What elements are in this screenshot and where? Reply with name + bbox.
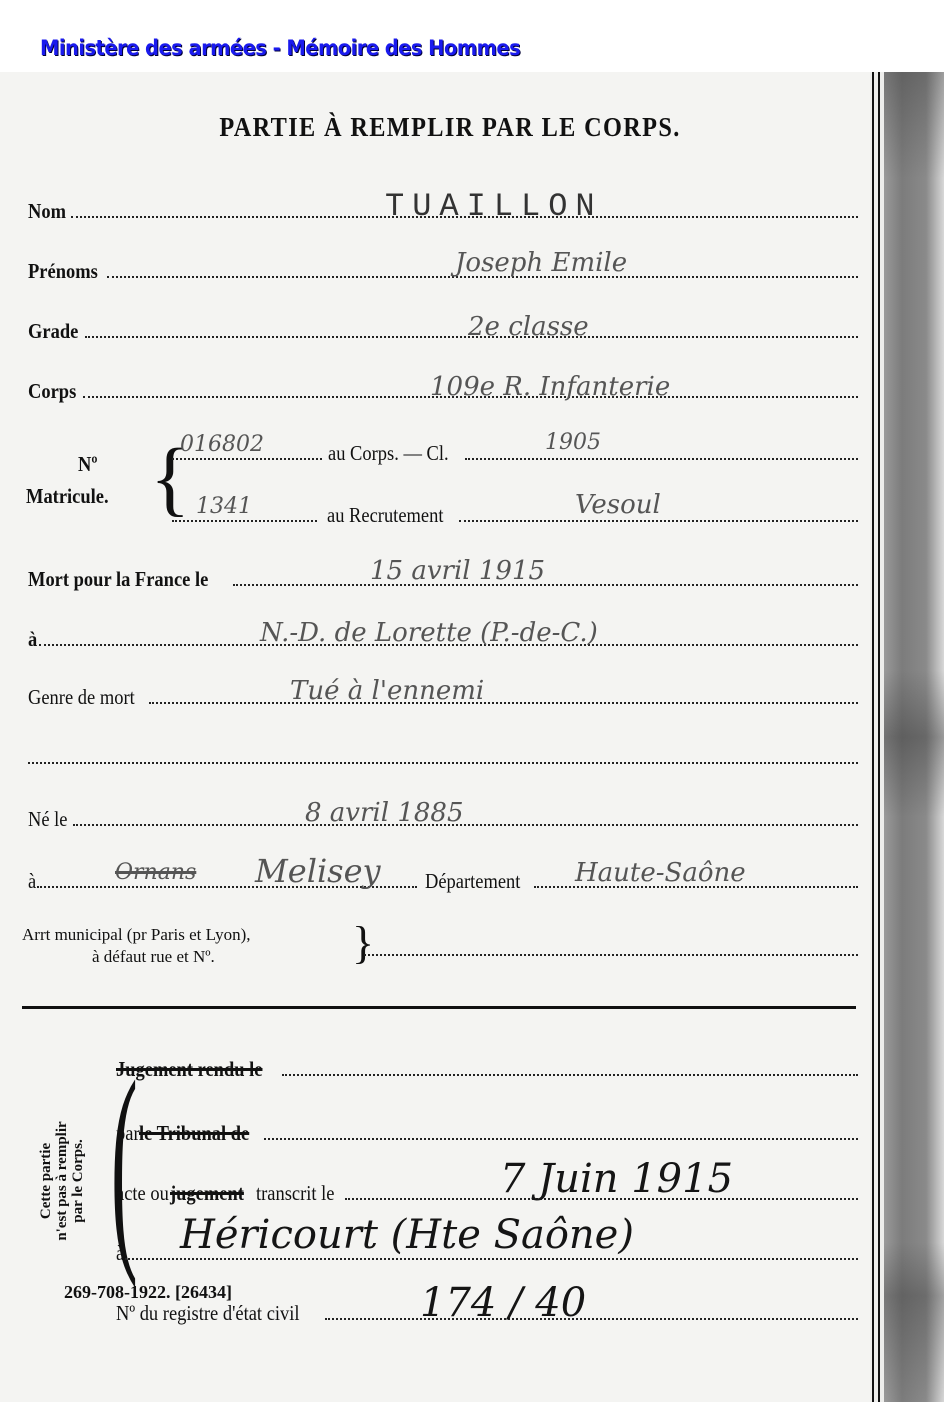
value-prenoms: Joseph Emile <box>455 248 627 278</box>
label-genre-mort: Genre de mort <box>28 685 135 710</box>
field-arrondissement <box>364 932 858 962</box>
value-corps: 109e R. Infanterie <box>430 372 670 402</box>
label-tribunal: par <box>116 1121 140 1146</box>
value-recrutement-no: 1341 <box>196 494 252 519</box>
value-matricule-corps: 016802 <box>180 432 264 457</box>
label-nom: Nom <box>28 199 66 224</box>
value-mort: 15 avril 1915 <box>370 556 545 586</box>
label-recrutement: au Recrutement <box>327 503 443 528</box>
label-lieu-mort: à <box>28 627 37 652</box>
form-heading: PARTIE À REMPLIR PAR LE CORPS. <box>45 112 855 143</box>
label-jugement: Jugement rendu le <box>116 1057 262 1082</box>
value-departement: Haute-Saône <box>575 858 746 888</box>
value-lieu-mort: N.-D. de Lorette (P.-de-C.) <box>260 618 598 648</box>
border-rule <box>878 72 880 1402</box>
field-jugement: Jugement rendu le <box>116 1052 858 1082</box>
value-lieu-transcription: Héricourt (Hte Saône) <box>180 1212 634 1258</box>
label-au-corps: au Corps. — Cl. <box>328 441 449 466</box>
value-lieu-naissance-struck: Ornans <box>115 860 196 885</box>
form-reference: 269-708-1922. [26434] <box>64 1282 232 1303</box>
value-registre: 174 / 40 <box>420 1280 586 1326</box>
binding-edge <box>884 72 944 1402</box>
section-divider <box>22 1006 856 1009</box>
blank-line <box>28 740 858 770</box>
label-grade: Grade <box>28 319 78 344</box>
site-title: Ministère des armées - Mémoire des Homme… <box>40 36 520 60</box>
scanned-record: PARTIE À REMPLIR PAR LE CORPS. Nom TUAIL… <box>0 72 944 1402</box>
field-matricule-corps: au Corps. — Cl. <box>172 436 858 466</box>
label-tribunal-struck: le Tribunal de <box>139 1121 249 1146</box>
field-transcrit: acte ou jugement transcrit le <box>116 1176 858 1206</box>
field-grade: Grade <box>28 314 858 344</box>
value-nom: TUAILLON <box>385 188 603 225</box>
value-ne-le: 8 avril 1885 <box>305 798 464 828</box>
label-departement: Département <box>425 869 520 894</box>
side-note: Cette partie n'est pas à remplir par le … <box>22 1077 102 1317</box>
value-recrutement: Vesoul <box>575 490 661 520</box>
value-grade: 2e classe <box>468 312 589 342</box>
value-transcrit: 7 Juin 1915 <box>500 1156 733 1202</box>
label-corps: Corps <box>28 379 76 404</box>
value-classe: 1905 <box>545 430 601 455</box>
label-matricule-no: Nº <box>78 452 97 477</box>
value-lieu-naissance: Melisey <box>255 852 381 890</box>
label-ne-le: Né le <box>28 807 68 832</box>
label-lieu: à <box>116 1241 124 1266</box>
label-registre: Nº du registre d'état civil <box>116 1301 300 1326</box>
field-matricule-recrutement: au Recrutement <box>172 498 858 528</box>
field-tribunal: par le Tribunal de <box>116 1116 858 1146</box>
label-lieu-naissance: à <box>28 869 36 894</box>
field-prenoms: Prénoms <box>28 254 858 284</box>
label-matricule: Matricule. <box>26 484 109 509</box>
value-genre-mort: Tué à l'ennemi <box>290 676 484 706</box>
label-arrondissement: Arrt municipal (pr Paris et Lyon), à déf… <box>22 924 251 968</box>
border-rule <box>872 72 874 1402</box>
label-mort: Mort pour la France le <box>28 567 208 592</box>
label-prenoms: Prénoms <box>28 259 98 284</box>
